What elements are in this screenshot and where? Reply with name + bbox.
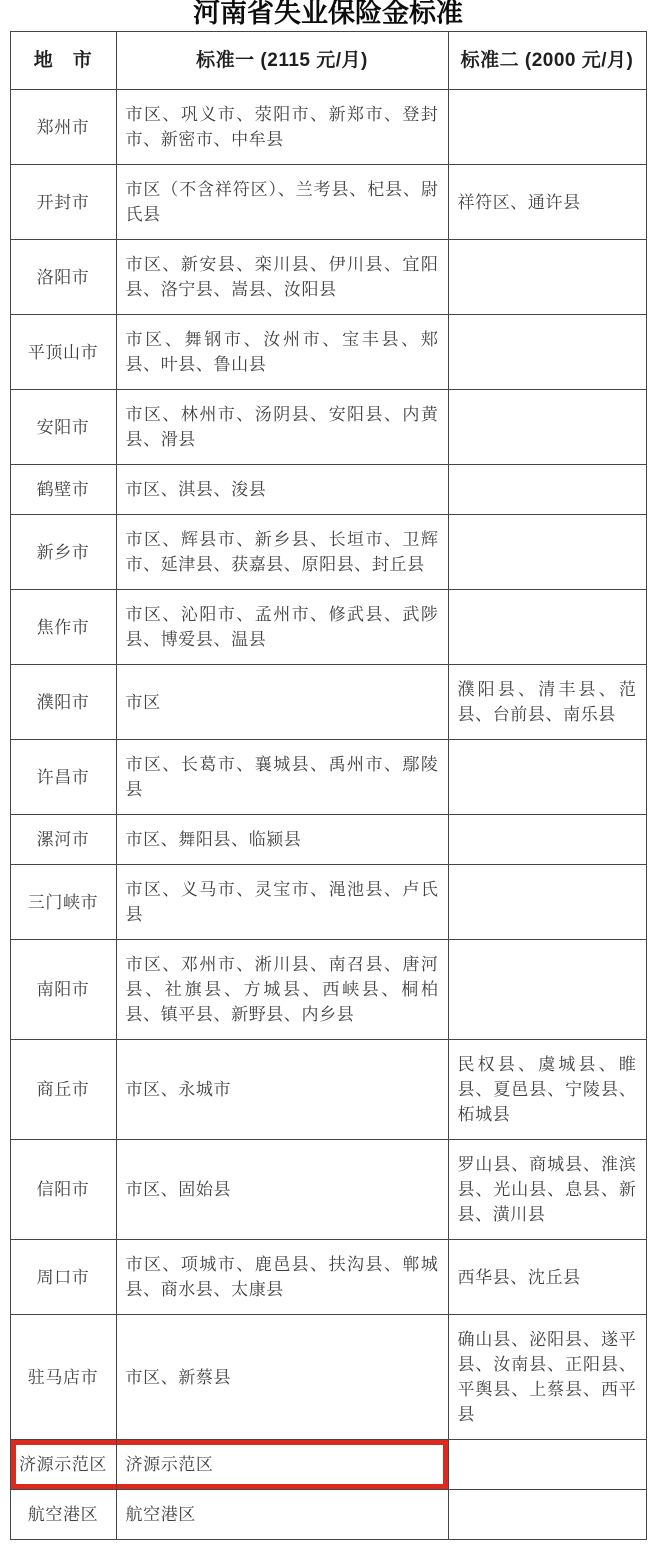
standard1-cell: 航空港区 xyxy=(116,1490,448,1540)
standard1-cell: 市区、义马市、灵宝市、渑池县、卢氏县 xyxy=(116,865,448,940)
standard2-cell xyxy=(448,940,646,1040)
table-row-xuchang: 许昌市 市区、长葛市、襄城县、禹州市、鄢陵县 xyxy=(10,740,646,815)
standard2-cell xyxy=(448,240,646,315)
table-row-pingdingshan: 平顶山市 市区、舞钢市、汝州市、宝丰县、郏县、叶县、鲁山县 xyxy=(10,315,646,390)
standard2-cell: 民权县、虞城县、睢县、夏邑县、宁陵县、柘城县 xyxy=(448,1040,646,1140)
table-row-jiaozuo: 焦作市 市区、沁阳市、孟州市、修武县、武陟县、博爱县、温县 xyxy=(10,590,646,665)
table-row-zhoukou: 周口市 市区、项城市、鹿邑县、扶沟县、郸城县、商水县、太康县 西华县、沈丘县 xyxy=(10,1240,646,1315)
table-row-hebi: 鹤壁市 市区、淇县、浚县 xyxy=(10,465,646,515)
city-cell: 安阳市 xyxy=(10,390,116,465)
standard2-cell xyxy=(448,390,646,465)
standard2-cell xyxy=(448,90,646,165)
header-standard2: 标准二 (2000 元/月) xyxy=(448,32,646,90)
standard2-cell: 确山县、泌阳县、遂平县、汝南县、正阳县、平舆县、上蔡县、西平县 xyxy=(448,1315,646,1440)
header-city: 地 市 xyxy=(10,32,116,90)
header-standard1: 标准一 (2115 元/月) xyxy=(116,32,448,90)
standard2-cell xyxy=(448,1440,646,1490)
table-row-anyang: 安阳市 市区、林州市、汤阴县、安阳县、内黄县、滑县 xyxy=(10,390,646,465)
city-cell: 漯河市 xyxy=(10,815,116,865)
city-cell: 航空港区 xyxy=(10,1490,116,1540)
standard1-cell: 市区、长葛市、襄城县、禹州市、鄢陵县 xyxy=(116,740,448,815)
city-cell: 济源示范区 xyxy=(10,1440,116,1490)
standard2-cell xyxy=(448,465,646,515)
standard2-cell: 罗山县、商城县、淮滨县、光山县、息县、新县、潢川县 xyxy=(448,1140,646,1240)
standard2-cell xyxy=(448,815,646,865)
standard1-cell: 市区、巩义市、荥阳市、新郑市、登封市、新密市、中牟县 xyxy=(116,90,448,165)
standard1-cell: 市区（不含祥符区）、兰考县、杞县、尉氏县 xyxy=(116,165,448,240)
standard1-cell: 市区 xyxy=(116,665,448,740)
city-cell: 三门峡市 xyxy=(10,865,116,940)
standard1-cell: 市区、项城市、鹿邑县、扶沟县、郸城县、商水县、太康县 xyxy=(116,1240,448,1315)
table-row-zhengzhou: 郑州市 市区、巩义市、荥阳市、新郑市、登封市、新密市、中牟县 xyxy=(10,90,646,165)
city-cell: 濮阳市 xyxy=(10,665,116,740)
standard2-cell: 祥符区、通许县 xyxy=(448,165,646,240)
table-row-hangkonggang: 航空港区 航空港区 xyxy=(10,1490,646,1540)
table-row-xinyang: 信阳市 市区、固始县 罗山县、商城县、淮滨县、光山县、息县、新县、潢川县 xyxy=(10,1140,646,1240)
city-cell: 鹤壁市 xyxy=(10,465,116,515)
standard2-cell xyxy=(448,315,646,390)
city-cell: 驻马店市 xyxy=(10,1315,116,1440)
table-row-nanyang: 南阳市 市区、邓州市、淅川县、南召县、唐河县、社旗县、方城县、西峡县、桐柏县、镇… xyxy=(10,940,646,1040)
standard2-cell: 西华县、沈丘县 xyxy=(448,1240,646,1315)
city-cell: 许昌市 xyxy=(10,740,116,815)
standard1-cell: 市区、淇县、浚县 xyxy=(116,465,448,515)
table-row-jiyuan-highlighted: 济源示范区 济源示范区 xyxy=(10,1440,646,1490)
standard2-cell xyxy=(448,865,646,940)
standard1-cell: 市区、沁阳市、孟州市、修武县、武陟县、博爱县、温县 xyxy=(116,590,448,665)
table-row-luoyang: 洛阳市 市区、新安县、栾川县、伊川县、宜阳县、洛宁县、嵩县、汝阳县 xyxy=(10,240,646,315)
city-cell: 开封市 xyxy=(10,165,116,240)
standard1-cell: 市区、辉县市、新乡县、长垣市、卫辉市、延津县、获嘉县、原阳县、封丘县 xyxy=(116,515,448,590)
standard1-cell: 市区、永城市 xyxy=(116,1040,448,1140)
standard1-cell: 市区、舞阳县、临颍县 xyxy=(116,815,448,865)
table-row-xinxiang: 新乡市 市区、辉县市、新乡县、长垣市、卫辉市、延津县、获嘉县、原阳县、封丘县 xyxy=(10,515,646,590)
table-row-shangqiu: 商丘市 市区、永城市 民权县、虞城县、睢县、夏邑县、宁陵县、柘城县 xyxy=(10,1040,646,1140)
page: 河南省失业保险金标准 地 市 标准一 (2115 元/月) 标准二 (2000 … xyxy=(0,0,656,1546)
standard1-cell: 市区、新安县、栾川县、伊川县、宜阳县、洛宁县、嵩县、汝阳县 xyxy=(116,240,448,315)
standard2-cell xyxy=(448,590,646,665)
city-cell: 新乡市 xyxy=(10,515,116,590)
city-cell: 南阳市 xyxy=(10,940,116,1040)
city-cell: 郑州市 xyxy=(10,90,116,165)
standard2-cell xyxy=(448,740,646,815)
standard1-cell: 市区、邓州市、淅川县、南召县、唐河县、社旗县、方城县、西峡县、桐柏县、镇平县、新… xyxy=(116,940,448,1040)
table-row-kaifeng: 开封市 市区（不含祥符区）、兰考县、杞县、尉氏县 祥符区、通许县 xyxy=(10,165,646,240)
table-row-sanmenxia: 三门峡市 市区、义马市、灵宝市、渑池县、卢氏县 xyxy=(10,865,646,940)
page-title: 河南省失业保险金标准 xyxy=(0,0,656,28)
table-row-luohe: 漯河市 市区、舞阳县、临颍县 xyxy=(10,815,646,865)
standard2-cell xyxy=(448,1490,646,1540)
city-cell: 周口市 xyxy=(10,1240,116,1315)
standard1-cell: 济源示范区 xyxy=(116,1440,448,1490)
standard1-cell: 市区、固始县 xyxy=(116,1140,448,1240)
standard2-cell xyxy=(448,515,646,590)
city-cell: 平顶山市 xyxy=(10,315,116,390)
standard2-cell: 濮阳县、清丰县、范县、台前县、南乐县 xyxy=(448,665,646,740)
standard1-cell: 市区、林州市、汤阴县、安阳县、内黄县、滑县 xyxy=(116,390,448,465)
city-cell: 洛阳市 xyxy=(10,240,116,315)
standard1-cell: 市区、新蔡县 xyxy=(116,1315,448,1440)
standard1-cell: 市区、舞钢市、汝州市、宝丰县、郏县、叶县、鲁山县 xyxy=(116,315,448,390)
table-row-zhumadian: 驻马店市 市区、新蔡县 确山县、泌阳县、遂平县、汝南县、正阳县、平舆县、上蔡县、… xyxy=(10,1315,646,1440)
table-row-puyang: 濮阳市 市区 濮阳县、清丰县、范县、台前县、南乐县 xyxy=(10,665,646,740)
city-cell: 商丘市 xyxy=(10,1040,116,1140)
table-header-row: 地 市 标准一 (2115 元/月) 标准二 (2000 元/月) xyxy=(10,32,646,90)
standards-table: 地 市 标准一 (2115 元/月) 标准二 (2000 元/月) 郑州市 市区… xyxy=(10,31,647,1540)
city-cell: 信阳市 xyxy=(10,1140,116,1240)
city-cell: 焦作市 xyxy=(10,590,116,665)
